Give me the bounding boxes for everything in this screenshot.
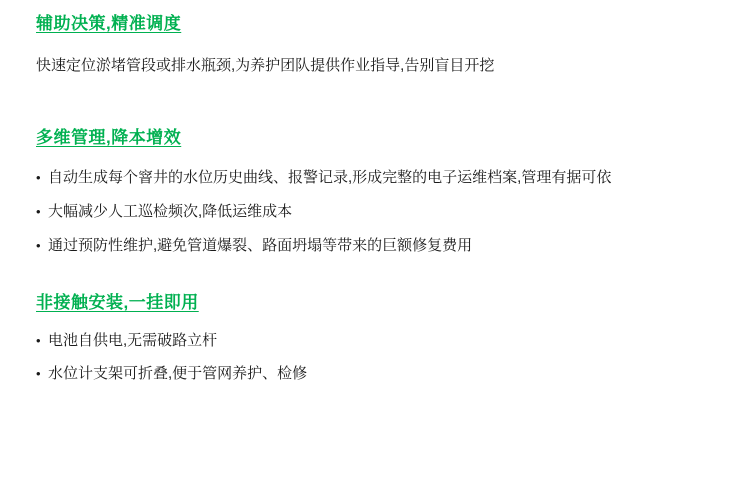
list-item: • 水位计支架可折叠,便于管网养护、检修	[36, 366, 720, 382]
list-item: • 自动生成每个窨井的水位历史曲线、报警记录,形成完整的电子运维档案,管理有据可…	[36, 170, 720, 186]
bullet-text: 自动生成每个窨井的水位历史曲线、报警记录,形成完整的电子运维档案,管理有据可依	[48, 170, 611, 186]
section-multi-dimension-management: 多维管理,降本增效 • 自动生成每个窨井的水位历史曲线、报警记录,形成完整的电子…	[36, 129, 720, 254]
section-decision-support: 辅助决策,精准调度 快速定位淤堵管段或排水瓶颈,为养护团队提供作业指导,告别盲目…	[36, 15, 720, 74]
bullet-icon: •	[36, 238, 48, 254]
bullet-text: 通过预防性维护,避免管道爆裂、路面坍塌等带来的巨额修复费用	[48, 238, 472, 254]
section-heading-management: 多维管理,降本增效	[36, 129, 720, 147]
section-heading-decision-support: 辅助决策,精准调度	[36, 15, 720, 33]
bullet-icon: •	[36, 366, 48, 382]
list-item: • 电池自供电,无需破路立杆	[36, 333, 720, 349]
list-item: • 大幅减少人工巡检频次,降低运维成本	[36, 204, 720, 220]
document-page: 辅助决策,精准调度 快速定位淤堵管段或排水瓶颈,为养护团队提供作业指导,告别盲目…	[0, 0, 750, 382]
bullet-text: 水位计支架可折叠,便于管网养护、检修	[48, 366, 307, 382]
section-heading-install: 非接触安装,一挂即用	[36, 294, 720, 312]
bullet-icon: •	[36, 204, 48, 220]
bullet-text: 电池自供电,无需破路立杆	[48, 333, 217, 349]
section-paragraph-decision-support: 快速定位淤堵管段或排水瓶颈,为养护团队提供作业指导,告别盲目开挖	[36, 58, 720, 74]
bullet-icon: •	[36, 333, 48, 349]
list-item: • 通过预防性维护,避免管道爆裂、路面坍塌等带来的巨额修复费用	[36, 238, 720, 254]
bullet-list-management: • 自动生成每个窨井的水位历史曲线、报警记录,形成完整的电子运维档案,管理有据可…	[36, 170, 720, 254]
bullet-text: 大幅减少人工巡检频次,降低运维成本	[48, 204, 292, 220]
section-contactless-install: 非接触安装,一挂即用 • 电池自供电,无需破路立杆 • 水位计支架可折叠,便于管…	[36, 294, 720, 382]
bullet-list-install: • 电池自供电,无需破路立杆 • 水位计支架可折叠,便于管网养护、检修	[36, 333, 720, 382]
bullet-icon: •	[36, 170, 48, 186]
